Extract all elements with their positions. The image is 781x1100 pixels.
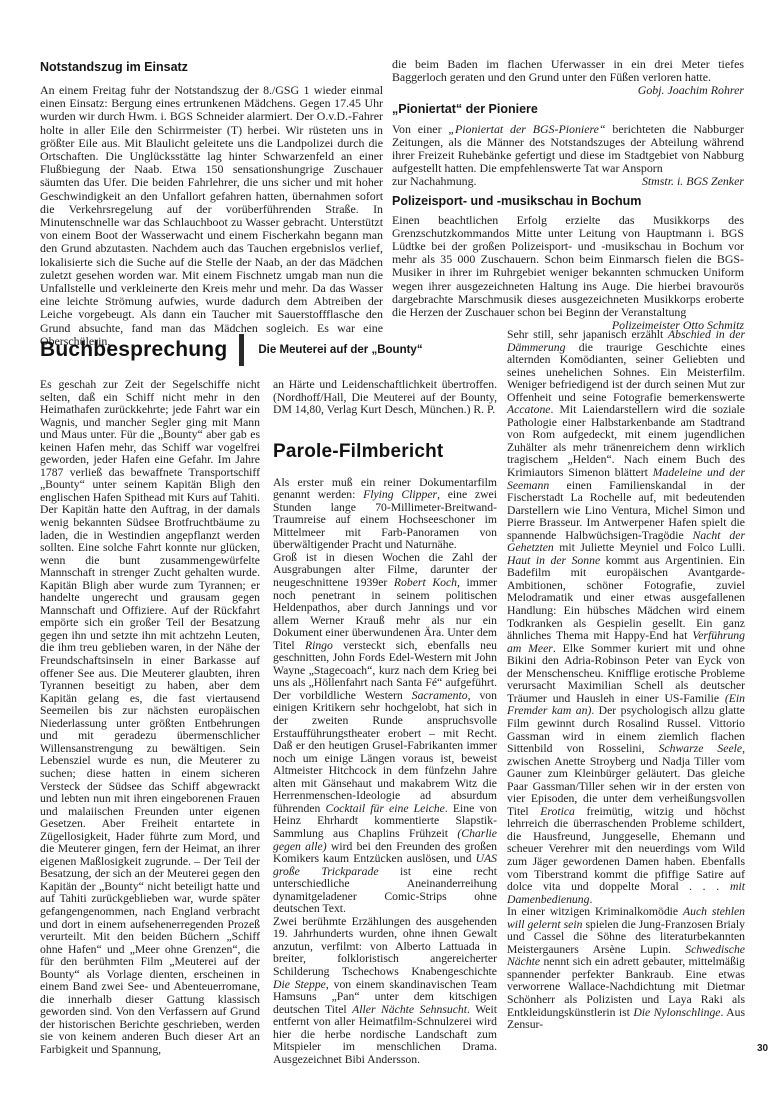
book-review-header: Buchbesprechung Die Meuterei auf der „Bo… bbox=[40, 334, 423, 366]
book-review-body: Es geschah zur Zeit der Segelschiffe nic… bbox=[40, 379, 260, 1057]
text: zur Nachahmung. bbox=[392, 175, 477, 188]
film-title: Sacramento bbox=[412, 689, 468, 702]
article-heading-pioniertat: „Pioniertat“ der Pioniere bbox=[392, 102, 744, 116]
continuation-text: die beim Baden im flachen Uferwasser in … bbox=[392, 58, 744, 84]
divider-bar bbox=[239, 334, 244, 366]
text: Sehr still, sehr japanisch erzählt bbox=[507, 328, 668, 341]
article-notstandszug: Notstandszug im Einsatz An einem Freitag… bbox=[40, 60, 383, 348]
film-title: Flying Clipper bbox=[363, 488, 437, 501]
film-para-2: Groß ist in diesen Wochen die Zahl der A… bbox=[273, 552, 497, 916]
film-para-3: Zwei berühmte Erzählungen des ausgehende… bbox=[273, 916, 497, 1067]
film-para-4: Sehr still, sehr japanisch erzählt Absch… bbox=[507, 329, 745, 906]
section-title: Buchbesprechung bbox=[40, 338, 227, 362]
film-title: Ringo bbox=[305, 639, 333, 652]
top-right-column: die beim Baden im flachen Uferwasser in … bbox=[392, 58, 744, 332]
film-report-title: Parole-Filmbericht bbox=[273, 441, 497, 463]
article-body-bochum: Einen beachtlichen Erfolg erzielte das M… bbox=[392, 214, 744, 320]
italic-text: „Pioniertat der BGS-Pioniere“ bbox=[448, 122, 605, 136]
film-title: Cocktail für eine Leiche bbox=[326, 802, 445, 815]
film-title: Die Steppe bbox=[273, 978, 326, 991]
signature: Gobj. Joachim Rohrer bbox=[392, 84, 744, 97]
middle-column: an Härte und Leidenschaftlichkeit übertr… bbox=[273, 379, 497, 1066]
text: In einer witzigen Kriminalkomödie bbox=[507, 905, 683, 918]
film-para-1: Als erster muß ein reiner Dokumentarfilm… bbox=[273, 477, 497, 552]
article-heading-bochum: Polizeisport- und -musikschau in Bochum bbox=[392, 194, 744, 208]
signature: Stmstr. i. BGS Zenker bbox=[642, 175, 744, 188]
right-column: Sehr still, sehr japanisch erzählt Absch… bbox=[507, 329, 745, 1032]
film-title: Erotica bbox=[540, 805, 575, 818]
book-review-continuation: an Härte und Leidenschaftlichkeit übertr… bbox=[273, 379, 497, 417]
text: , von einigen Kritikern sehr hochgelobt,… bbox=[273, 689, 497, 815]
film-title: Accatone bbox=[507, 403, 550, 416]
text: . bbox=[589, 893, 592, 906]
text: Von einer bbox=[392, 122, 448, 136]
film-title: Aller Nächte Sehnsucht bbox=[352, 1003, 467, 1016]
film-title: Robert Koch bbox=[394, 576, 457, 589]
text: Zwei berühmte Erzählungen des ausgehende… bbox=[273, 915, 497, 978]
section-subtitle: Die Meuterei auf der „Bounty“ bbox=[258, 344, 422, 356]
article-body: An einem Freitag fuhr der Notstandszug d… bbox=[40, 84, 383, 348]
article-body-pioniertat: Von einer „Pioniertat der BGS-Pioniere“ … bbox=[392, 123, 744, 176]
film-title: Schwarze Seele bbox=[659, 742, 743, 755]
article-heading: Notstandszug im Einsatz bbox=[40, 60, 383, 74]
film-title: Haut in der Sonne bbox=[507, 554, 600, 567]
page-number: 30 bbox=[757, 1043, 768, 1054]
film-para-5: In einer witzigen Kriminalkomödie Auch s… bbox=[507, 906, 745, 1031]
book-review-column: Es geschah zur Zeit der Segelschiffe nic… bbox=[40, 379, 260, 1057]
text: mit Juliette Meyniel und Folco Lulli. bbox=[554, 541, 745, 554]
film-title: Die Nylonschlinge bbox=[633, 1006, 720, 1019]
last-line-with-signature: zur Nachahmung. Stmstr. i. BGS Zenker bbox=[392, 175, 744, 188]
